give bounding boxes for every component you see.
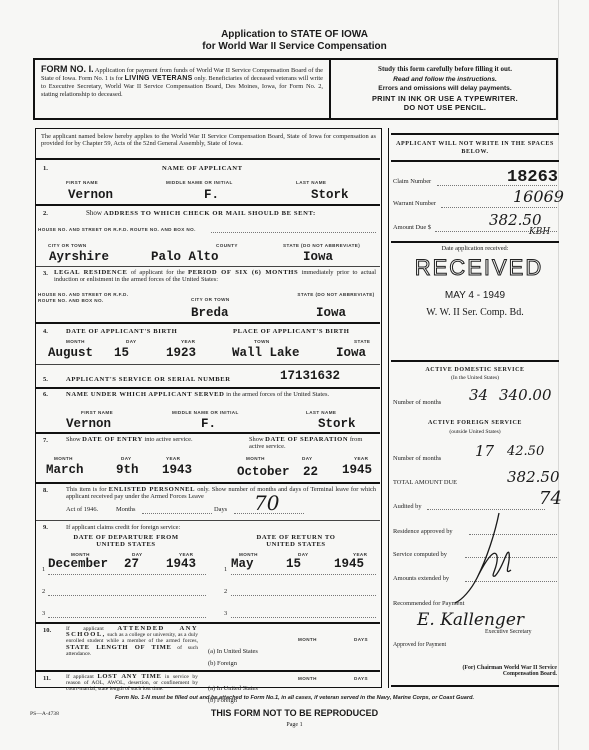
executive-signature: E. Kallenger [417, 610, 524, 630]
text: Show [249, 436, 264, 443]
foreign-amount-value[interactable]: 42.50 [507, 444, 544, 459]
heading-bold: STATE LENGTH OF TIME [66, 644, 171, 651]
section-number: 9. [43, 524, 48, 531]
instruction: Errors and omissions will delay payments… [335, 84, 555, 94]
separation-heading: Show DATE OF SEPARATION from active serv… [249, 436, 379, 451]
middle-initial-value[interactable]: F. [204, 188, 219, 202]
col-label: MONTH [246, 456, 265, 461]
birth-state-value[interactable]: Iowa [336, 346, 366, 360]
served-first-name-value[interactable]: Vernon [66, 417, 111, 431]
col-label: CITY OR TOWN [191, 297, 230, 302]
section-text: NAME UNDER WHICH APPLICANT SERVED in the… [66, 391, 376, 398]
heading-bold: ENLISTED PERSONNEL [109, 486, 196, 493]
months-label: Months [116, 506, 136, 513]
total-due-label: TOTAL AMOUNT DUE [393, 479, 457, 486]
birth-month-value[interactable]: August [48, 346, 93, 360]
initials: KBH [529, 227, 550, 237]
return-year-value[interactable]: 1945 [334, 557, 364, 571]
return-month-value[interactable]: May [231, 557, 254, 571]
row-index: 1 [42, 566, 45, 573]
form-number: FORM NO. I. [41, 64, 94, 74]
instructions: Study this form carefully before filling… [335, 65, 555, 113]
departure-year-value[interactable]: 1943 [166, 557, 196, 571]
col-label: MONTH [54, 456, 73, 461]
warrant-number-label: Warrant Number [393, 200, 436, 207]
section-text: This item is for ENLISTED PERSONNEL only… [66, 486, 376, 501]
section-heading: NAME OF APPLICANT [162, 165, 243, 172]
section-heading: DATE OF APPLICANT'S BIRTH [66, 328, 177, 335]
section-number: 5. [43, 376, 48, 383]
audited-by-value[interactable]: 74 [539, 488, 562, 509]
col-label: DAY [121, 456, 131, 461]
days-label: Days [214, 506, 227, 513]
section-text: If applicant claims credit for foreign s… [66, 524, 180, 531]
col-label: STATE (DO NOT ABBREVIATE) [283, 243, 360, 248]
auditor-signature [437, 508, 517, 608]
heading-bold: DATE OF SEPARATION [265, 436, 348, 443]
domestic-heading: ACTIVE DOMESTIC SERVICE [393, 367, 557, 373]
heading-bold: PERIOD OF SIX (6) MONTHS [188, 269, 298, 276]
text: into active service. [144, 436, 192, 443]
heading-bold: ADDRESS TO WHICH CHECK OR MAIL SHOULD BE… [104, 210, 316, 217]
col-label: DAY [126, 339, 136, 344]
section-number: 8. [43, 487, 48, 494]
col-label: FIRST NAME [81, 410, 113, 415]
text: of applicant for the [131, 269, 185, 276]
foreign-subheading: (outside United States) [393, 429, 557, 435]
entry-day-value[interactable]: 9th [116, 463, 139, 477]
warrant-number-value[interactable]: 16069 [513, 187, 564, 206]
birth-town-value[interactable]: Wall Lake [232, 346, 300, 360]
row-index: 2 [224, 588, 227, 595]
col-label: MONTH [298, 637, 317, 642]
received-date: MAY 4 - 1949 [393, 290, 557, 301]
section-text: If applicant LOST ANY TIME in service by… [66, 674, 198, 693]
heading-pre: Show [86, 209, 102, 217]
document-page: Application to STATE OF IOWA for World W… [0, 0, 589, 750]
col-label: STATE [354, 339, 370, 344]
domestic-months-value[interactable]: 34 [469, 386, 488, 404]
header-box: FORM NO. I. Application for payment from… [33, 58, 558, 120]
section-heading: Show ADDRESS TO WHICH CHECK OR MAIL SHOU… [86, 209, 316, 217]
instruction: DO NOT USE PENCIL. [335, 103, 555, 113]
title-line-1: Application to STATE OF IOWA [0, 29, 589, 40]
footer-note: Form No. 1-N must be filled out and be a… [22, 695, 567, 701]
preamble: The applicant named below hereby applies… [41, 133, 376, 148]
departure-month-value[interactable]: December [48, 557, 108, 571]
col-label: LAST NAME [296, 180, 326, 185]
residence-state-value[interactable]: Iowa [316, 306, 346, 320]
col-label: MIDDLE NAME OR INITIAL [166, 180, 233, 185]
section-number: 7. [43, 437, 48, 444]
section-number: 4. [43, 328, 48, 335]
entry-heading: Show DATE OF ENTRY into active service. [66, 436, 201, 443]
applicant-section: The applicant named below hereby applies… [35, 128, 382, 688]
col-label: YEAR [181, 339, 195, 344]
domestic-amount-value[interactable]: 340.00 [499, 386, 552, 404]
page-number: Page 1 [0, 722, 589, 728]
audited-by-label: Audited by [393, 503, 422, 510]
mail-state-value[interactable]: Iowa [303, 250, 333, 264]
first-name-value[interactable]: Vernon [68, 188, 113, 202]
claim-number-label: Claim Number [393, 178, 431, 185]
total-due-value[interactable]: 382.50 [507, 468, 560, 486]
col-label: MONTH [298, 676, 317, 681]
birth-day-value[interactable]: 15 [114, 346, 129, 360]
col-label: TOWN [254, 339, 270, 344]
text: in the armed forces of the United States… [226, 391, 329, 398]
executive-title: Executive Secretary [485, 629, 532, 635]
section-heading: PLACE OF APPLICANT'S BIRTH [233, 328, 349, 335]
section-number: 1. [43, 165, 48, 172]
col-label: CITY OR TOWN [48, 243, 87, 248]
col-label: COUNTY [216, 243, 238, 248]
mail-city-value[interactable]: Ayrshire [49, 250, 109, 264]
departure-day-value[interactable]: 27 [124, 557, 139, 571]
col-label: HOUSE NO. AND STREET OR R.F.D. ROUTE NO.… [38, 292, 138, 304]
received-label: Date application received: [393, 245, 557, 252]
foreign-months-value[interactable]: 17 [475, 442, 494, 460]
col-label: DAYS [354, 676, 368, 681]
received-stamp: RECEIVED [409, 255, 549, 281]
heading-bold: NAME UNDER WHICH APPLICANT SERVED [66, 391, 225, 398]
col-label: YEAR [166, 456, 180, 461]
separation-day-value[interactable]: 22 [303, 465, 318, 479]
heading-bold: LOST ANY TIME [97, 673, 161, 680]
row-index: 3 [42, 610, 45, 617]
section-heading: APPLICANT'S SERVICE OR SERIAL NUMBER [66, 376, 231, 383]
foreign-heading: ACTIVE FOREIGN SERVICE [393, 420, 557, 426]
form-intro: FORM NO. I. Application for payment from… [41, 65, 323, 99]
col-label: MONTH [66, 339, 85, 344]
row-index: 2 [42, 588, 45, 595]
section-text: If applicant ATTENDED ANY SCHOOL, such a… [66, 626, 198, 657]
section-text: LEGAL RESIDENCE of applicant for the PER… [54, 269, 376, 284]
reproduction-warning: THIS FORM NOT TO BE REPRODUCED [0, 708, 589, 718]
col-label: YEAR [354, 456, 368, 461]
col-label: DAYS [354, 637, 368, 642]
col-label: MIDDLE NAME OR INITIAL [172, 410, 239, 415]
section-number: 10. [43, 627, 51, 634]
separation-year-value[interactable]: 1945 [342, 463, 372, 477]
row-index: 1 [224, 566, 227, 573]
claim-number-value[interactable]: 18263 [507, 168, 558, 187]
entry-month-value[interactable]: March [46, 463, 84, 477]
school-foreign-row: (b) Foreign [208, 660, 237, 667]
school-us-row: (a) In United States [208, 648, 258, 655]
heading-bold: LEGAL RESIDENCE [54, 269, 128, 276]
approved-label: Approved for Payment [393, 642, 446, 648]
departure-heading: DATE OF DEPARTURE FROM UNITED STATES [71, 534, 181, 548]
mail-county-value[interactable]: Palo Alto [151, 250, 219, 264]
amount-due-label: Amount Due $ [393, 224, 431, 231]
act-text: Act of 1946. [66, 506, 98, 513]
birth-year-value[interactable]: 1923 [166, 346, 196, 360]
served-middle-initial-value[interactable]: F. [201, 417, 216, 431]
return-day-value[interactable]: 15 [286, 557, 301, 571]
return-heading: DATE OF RETURN TO UNITED STATES [246, 534, 346, 548]
served-last-name-value[interactable]: Stork [318, 417, 356, 431]
page-edge [558, 0, 559, 750]
chairman-title: (For) Chairman World War II Service Comp… [449, 665, 557, 677]
divider [329, 60, 331, 118]
col-label: FIRST NAME [66, 180, 98, 185]
entry-year-value[interactable]: 1943 [162, 463, 192, 477]
office-heading: APPLICANT WILL NOT WRITE IN THE SPACES B… [393, 140, 557, 156]
section-number: 6. [43, 391, 48, 398]
instruction: Study this form carefully before filling… [335, 65, 555, 75]
domestic-months-label: Number of months [393, 399, 441, 406]
office-use-section: APPLICANT WILL NOT WRITE IN THE SPACES B… [388, 128, 558, 688]
terminal-leave-days-value[interactable]: 70 [254, 491, 279, 515]
text: Show [66, 436, 81, 443]
col-label: LAST NAME [306, 410, 336, 415]
serial-number-value[interactable]: 17131632 [280, 369, 340, 383]
title-line-2: for World War II Service Compensation [0, 41, 589, 52]
section-number: 2. [43, 210, 48, 217]
heading-bold: DATE OF ENTRY [82, 436, 143, 443]
received-board: W. W. II Ser. Comp. Bd. [393, 307, 557, 318]
instruction: PRINT IN INK OR USE A TYPEWRITER. [335, 94, 555, 104]
separation-month-value[interactable]: October [237, 465, 290, 479]
last-name-value[interactable]: Stork [311, 188, 349, 202]
living-veterans: LIVING VETERANS [125, 75, 193, 82]
instruction: Read and follow the instructions. [335, 75, 555, 85]
row-index: 3 [224, 610, 227, 617]
col-label: STATE (DO NOT ABBREVIATE) [296, 292, 376, 298]
recommended-label: Recommended for Payment [393, 600, 464, 607]
col-label: DAY [302, 456, 312, 461]
street-label: HOUSE NO. AND STREET OR R.F.D. ROUTE NO.… [38, 227, 196, 232]
text: This item is for [66, 486, 107, 493]
section-number: 3. [43, 270, 48, 277]
section-number: 11. [43, 675, 51, 682]
residence-city-value[interactable]: Breda [191, 306, 229, 320]
lost-time-us-row: (a) In United States [208, 685, 258, 692]
foreign-months-label: Number of months [393, 455, 441, 462]
domestic-subheading: (In the United States) [393, 375, 557, 381]
